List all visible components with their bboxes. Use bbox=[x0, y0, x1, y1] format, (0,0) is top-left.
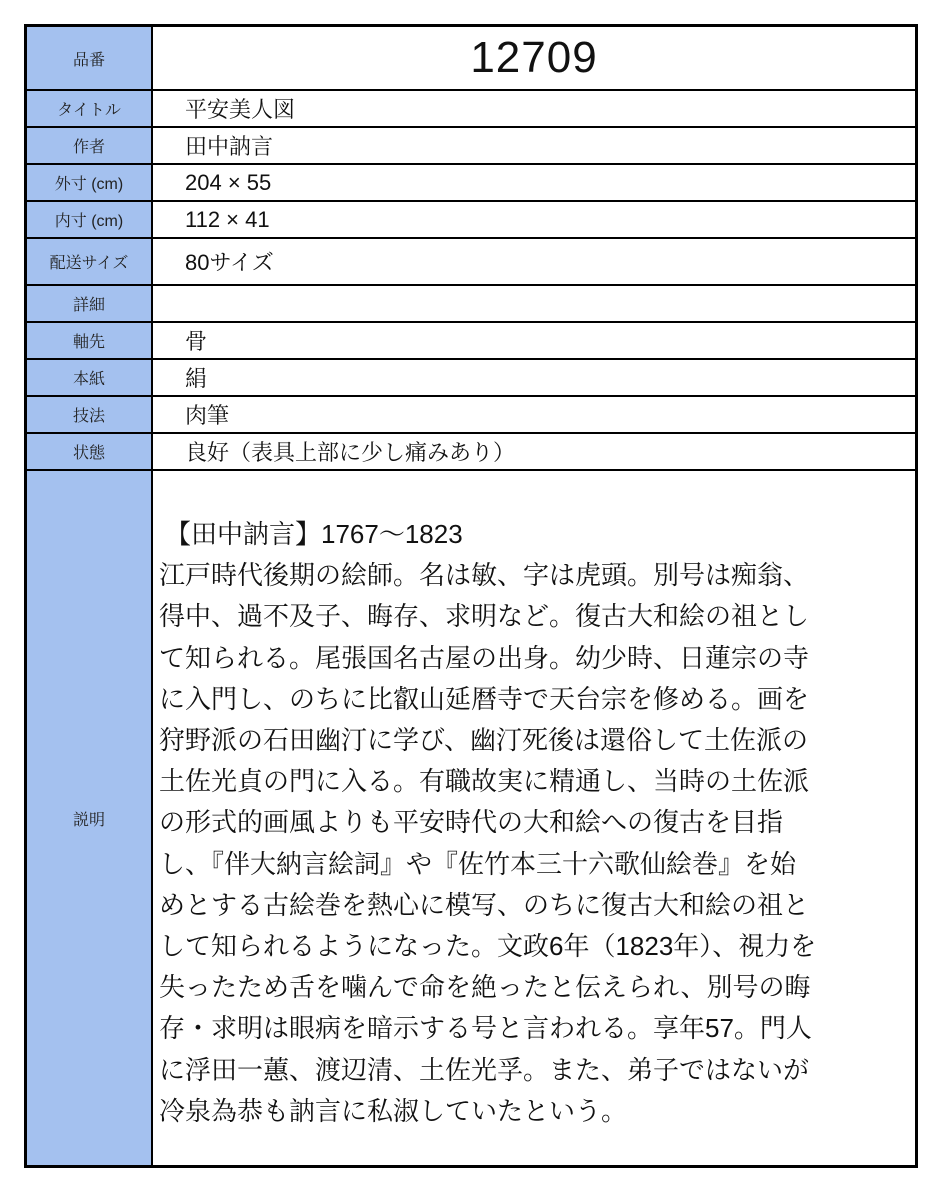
value-title: 平安美人図 bbox=[152, 90, 917, 127]
row-inner-size: 内寸 (cm) 112 × 41 bbox=[26, 201, 917, 238]
row-shipping-size: 配送サイズ 80サイズ bbox=[26, 238, 917, 285]
label-roller-end: 軸先 bbox=[26, 322, 153, 359]
row-details: 詳細 bbox=[26, 285, 917, 322]
description-heading: 【田中訥言】1767〜1823 bbox=[159, 514, 909, 555]
row-roller-end: 軸先 骨 bbox=[26, 322, 917, 359]
description-line: に入門し、のちに比叡山延暦寺で天台宗を修める。画を bbox=[159, 679, 909, 720]
row-artist: 作者 田中訥言 bbox=[26, 127, 917, 164]
description-line: 失ったため舌を噛んで命を絶ったと伝えられ、別号の晦 bbox=[159, 967, 909, 1008]
description-line: 土佐光貞の門に入る。有職故実に精通し、当時の土佐派 bbox=[159, 761, 909, 802]
value-artist: 田中訥言 bbox=[152, 127, 917, 164]
value-technique: 肉筆 bbox=[152, 396, 917, 433]
row-item-number: 品番 12709 bbox=[26, 26, 917, 91]
label-item-number: 品番 bbox=[26, 26, 153, 91]
product-spec-table: 品番 12709 タイトル 平安美人図 作者 田中訥言 外寸 (cm) 204 … bbox=[24, 24, 918, 1168]
description-line: 存・求明は眼病を暗示する号と言われる。享年57。門人 bbox=[159, 1008, 909, 1049]
value-outer-size: 204 × 55 bbox=[152, 164, 917, 201]
value-description: 【田中訥言】1767〜1823 江戸時代後期の絵師。名は敏、字は虎頭。別号は痴翁… bbox=[152, 470, 917, 1167]
label-outer-size: 外寸 (cm) bbox=[26, 164, 153, 201]
description-line: て知られる。尾張国名古屋の出身。幼少時、日蓮宗の寺 bbox=[159, 638, 909, 679]
description-line: 冷泉為恭も訥言に私淑していたという。 bbox=[159, 1091, 909, 1132]
value-material: 絹 bbox=[152, 359, 917, 396]
description-line: して知られるようになった。文政6年（1823年）、視力を bbox=[159, 926, 909, 967]
value-shipping-size: 80サイズ bbox=[152, 238, 917, 285]
label-condition: 状態 bbox=[26, 433, 153, 470]
value-roller-end: 骨 bbox=[152, 322, 917, 359]
description-line: の形式的画風よりも平安時代の大和絵への復古を目指 bbox=[159, 802, 909, 843]
row-technique: 技法 肉筆 bbox=[26, 396, 917, 433]
value-condition: 良好（表具上部に少し痛みあり） bbox=[152, 433, 917, 470]
description-line: めとする古絵巻を熱心に模写、のちに復古大和絵の祖と bbox=[159, 885, 909, 926]
label-description: 説明 bbox=[26, 470, 153, 1167]
description-body: 江戸時代後期の絵師。名は敏、字は虎頭。別号は痴翁、 得中、過不及子、晦存、求明な… bbox=[159, 555, 909, 1132]
value-details bbox=[152, 285, 917, 322]
row-description: 説明 【田中訥言】1767〜1823 江戸時代後期の絵師。名は敏、字は虎頭。別号… bbox=[26, 470, 917, 1167]
label-material: 本紙 bbox=[26, 359, 153, 396]
value-inner-size: 112 × 41 bbox=[152, 201, 917, 238]
row-material: 本紙 絹 bbox=[26, 359, 917, 396]
description-line: 江戸時代後期の絵師。名は敏、字は虎頭。別号は痴翁、 bbox=[159, 555, 909, 596]
description-line: 狩野派の石田幽汀に学び、幽汀死後は還俗して土佐派の bbox=[159, 720, 909, 761]
label-details: 詳細 bbox=[26, 285, 153, 322]
value-item-number: 12709 bbox=[152, 26, 917, 91]
label-title: タイトル bbox=[26, 90, 153, 127]
description-line: に浮田一蕙、渡辺清、土佐光孚。また、弟子ではないが bbox=[159, 1050, 909, 1091]
label-inner-size: 内寸 (cm) bbox=[26, 201, 153, 238]
description-line: し、『伴大納言絵詞』や『佐竹本三十六歌仙絵巻』を始 bbox=[159, 844, 909, 885]
label-artist: 作者 bbox=[26, 127, 153, 164]
description-line: 得中、過不及子、晦存、求明など。復古大和絵の祖とし bbox=[159, 596, 909, 637]
label-shipping-size: 配送サイズ bbox=[26, 238, 153, 285]
label-technique: 技法 bbox=[26, 396, 153, 433]
row-condition: 状態 良好（表具上部に少し痛みあり） bbox=[26, 433, 917, 470]
row-outer-size: 外寸 (cm) 204 × 55 bbox=[26, 164, 917, 201]
row-title: タイトル 平安美人図 bbox=[26, 90, 917, 127]
